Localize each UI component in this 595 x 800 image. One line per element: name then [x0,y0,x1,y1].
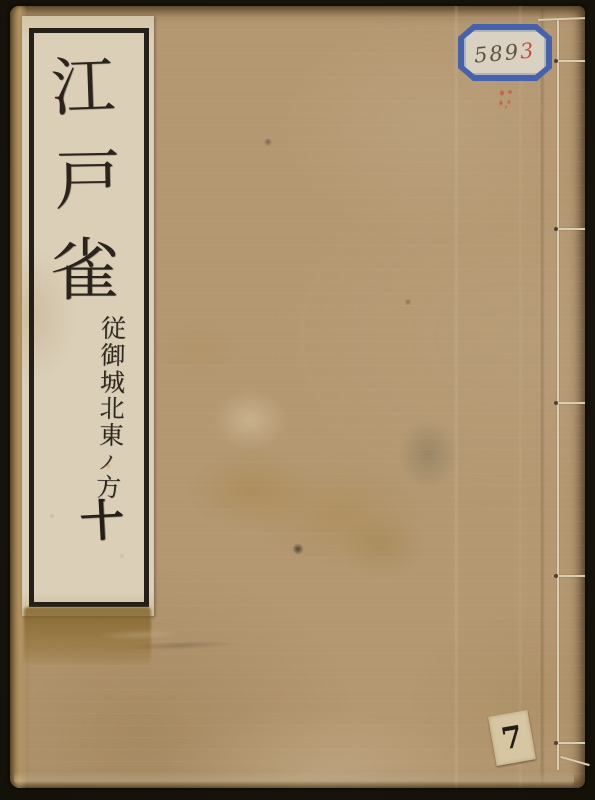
binding-stitch [556,575,585,577]
volume-number-char: 十 [79,499,125,545]
accession-label-field: 5893 [464,30,546,75]
title-slip: 江 戸 雀 従 御 城 北 東 ノ 方 十 [22,16,154,616]
binding-stitch [556,60,585,62]
binding-stitch [556,742,585,744]
binding-stitch [556,228,585,230]
book-cover: 江 戸 雀 従 御 城 北 東 ノ 方 十 5893 7 [10,6,585,788]
red-stamp-remnant [492,85,520,111]
accession-number-text: 5893 [473,38,536,67]
bottom-worn-edge [14,772,574,788]
subtitle-char: 城 [100,369,125,396]
accession-digits-dark: 589 [473,39,521,67]
faint-scribble-marks [79,615,250,661]
subtitle-char: 御 [100,343,125,370]
title-char-1: 江 [50,55,116,121]
binding-stitch [556,402,585,404]
title-char-3: 雀 [51,238,119,306]
subtitle-char: 東 [99,423,124,450]
binding-hole [554,227,558,231]
binding-hole [554,401,558,405]
accession-number-label: 5893 [458,24,552,81]
binding-hole [554,59,558,63]
binding-hole [554,574,558,578]
subtitle-char: ノ [97,453,116,474]
page-number-label: 7 [488,710,536,766]
page-number-text: 7 [499,719,526,757]
binding-hole [554,741,558,745]
accession-digit-red: 3 [519,38,536,63]
subtitle-char: 従 [101,316,126,343]
subtitle-char: 北 [99,396,124,423]
title-char-2: 戸 [54,147,121,214]
photograph-background: { "book": { "title_slip": { "title": "江戸… [0,0,595,800]
subtitle-column: 従 御 城 北 東 ノ 方 [92,316,131,502]
binding-thread-vertical [557,18,559,770]
